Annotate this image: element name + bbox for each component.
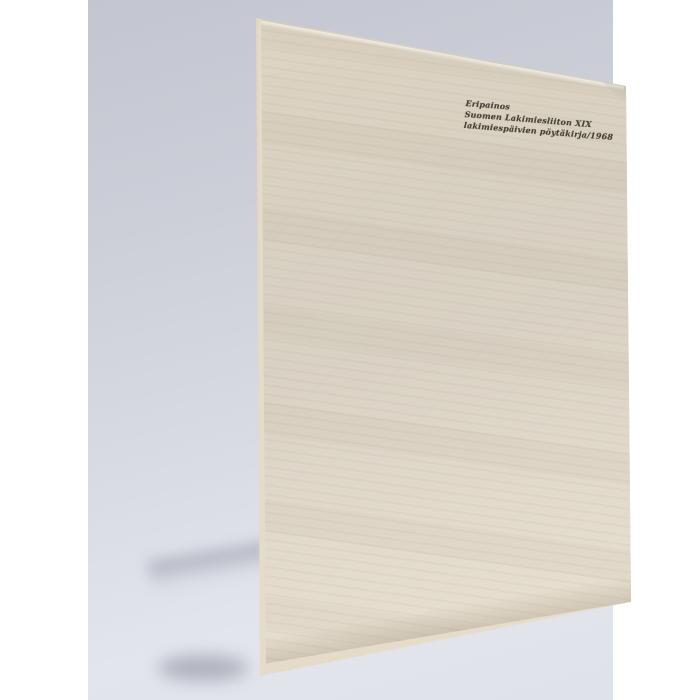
book-corner-shadow bbox=[158, 655, 248, 681]
photo-backdrop: Eripainos Suomen Lakimiesliiton XIX laki… bbox=[88, 0, 613, 700]
front-cover: Eripainos Suomen Lakimiesliiton XIX laki… bbox=[244, 10, 644, 690]
booklet: Eripainos Suomen Lakimiesliiton XIX laki… bbox=[244, 10, 644, 690]
